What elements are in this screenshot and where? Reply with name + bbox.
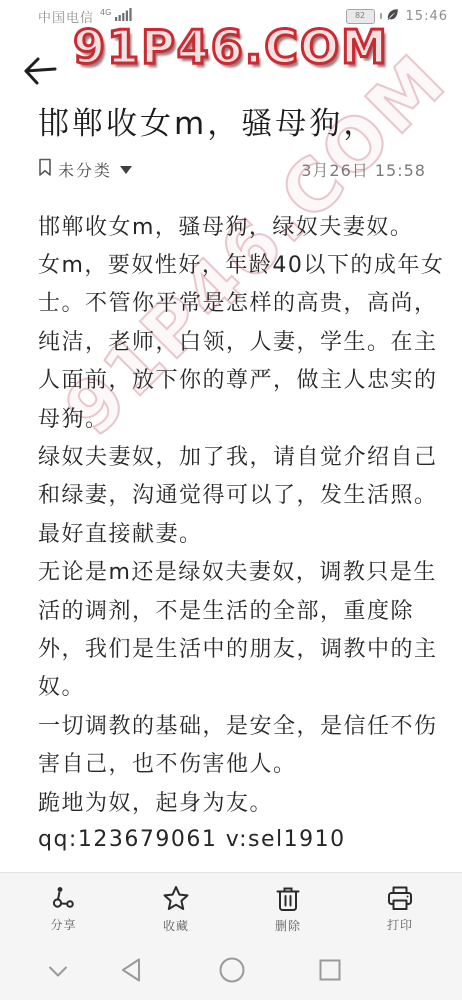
- note-body-line: 邯郸收女m，骚母狗，绿奴夫妻奴。: [38, 206, 434, 244]
- network-type-label: 4G: [100, 8, 111, 17]
- note-body-line: 女m，要奴性好，年龄40以下的成年女: [38, 244, 434, 282]
- status-left: 中国电信 4G: [38, 7, 133, 26]
- note-body-line: 最好直接献妻。: [38, 513, 434, 551]
- delete-label: 删除: [275, 917, 301, 934]
- clock-label: 15:46: [406, 9, 448, 24]
- power-saving-leaf-icon: [386, 8, 399, 25]
- print-label: 打印: [387, 916, 413, 933]
- category-label: 未分类: [58, 158, 112, 181]
- print-button[interactable]: 打印: [386, 885, 414, 933]
- note-body-line: 和绿妻，沟通觉得可以了，发生活照。: [38, 475, 434, 513]
- favorite-label: 收藏: [163, 917, 189, 934]
- note-body-line: 跪地为奴，起身为友。: [38, 782, 434, 820]
- printer-icon: [386, 885, 414, 911]
- note-body[interactable]: 邯郸收女m，骚母狗，绿奴夫妻奴。女m，要奴性好，年龄40以下的成年女士。不管你平…: [38, 206, 434, 859]
- note-body-line: 奴。: [38, 667, 434, 705]
- nav-back-triangle-icon[interactable]: [120, 957, 142, 987]
- note-body-line: 纯洁，老师，白领，人妻，学生。在主: [38, 321, 434, 359]
- note-body-line: 无论是m还是绿奴夫妻奴，调教只是生: [38, 552, 434, 590]
- status-bar: 中国电信 4G 82: [0, 0, 462, 30]
- battery-icon: 82: [346, 9, 375, 24]
- note-body-line: 害自己，也不伤害他人。: [38, 743, 434, 781]
- note-body-line: 绿奴夫妻奴，加了我，请自觉介绍自己: [38, 436, 434, 474]
- bookmark-icon: [38, 158, 52, 181]
- note-body-line: 母狗。: [38, 398, 434, 436]
- back-button[interactable]: [22, 54, 58, 88]
- hide-navbar-chevron-icon[interactable]: [48, 963, 68, 982]
- battery-tip: [380, 13, 382, 19]
- note-toolbar: 分享 收藏: [0, 873, 462, 945]
- nav-recents-square-icon[interactable]: [319, 959, 341, 985]
- note-body-line: 人面前，放下你的尊严，做主人忠实的: [38, 360, 434, 398]
- note-body-line: 活的调剂，不是生活的全部，重度除: [38, 590, 434, 628]
- share-button[interactable]: 分享: [50, 885, 77, 933]
- chevron-down-icon: [120, 166, 132, 174]
- phone-screen: 中国电信 4G 82: [0, 0, 462, 1000]
- note-title: 邯郸收女m，骚母狗，: [38, 98, 432, 143]
- star-icon: [162, 885, 190, 912]
- note-meta-row: 未分类 3月26日 15:58: [38, 158, 426, 181]
- battery-percent: 82: [355, 12, 365, 20]
- note-body-line: 士。不管你平常是怎样的高贵，高尚，: [38, 283, 434, 321]
- note-body-line: 外，我们是生活中的朋友，调教中的主: [38, 628, 434, 666]
- category-selector[interactable]: 未分类: [38, 158, 132, 181]
- bottom-area: 分享 收藏: [0, 872, 462, 1000]
- share-icon: [50, 885, 77, 911]
- favorite-button[interactable]: 收藏: [162, 885, 190, 934]
- trash-icon: [275, 885, 301, 912]
- share-label: 分享: [50, 916, 76, 933]
- delete-button[interactable]: 删除: [275, 885, 301, 934]
- status-right: 82 15:46: [346, 8, 448, 25]
- carrier-label: 中国电信: [38, 7, 94, 26]
- system-navigation-bar: [0, 945, 462, 999]
- note-body-line: qq:123679061 v:sel1910: [38, 820, 434, 858]
- note-body-line: 一切调教的基础，是安全，是信任不伤: [38, 705, 434, 743]
- signal-bars-icon: [115, 7, 133, 25]
- nav-home-circle-icon[interactable]: [219, 957, 245, 987]
- note-datetime: 3月26日 15:58: [301, 158, 426, 181]
